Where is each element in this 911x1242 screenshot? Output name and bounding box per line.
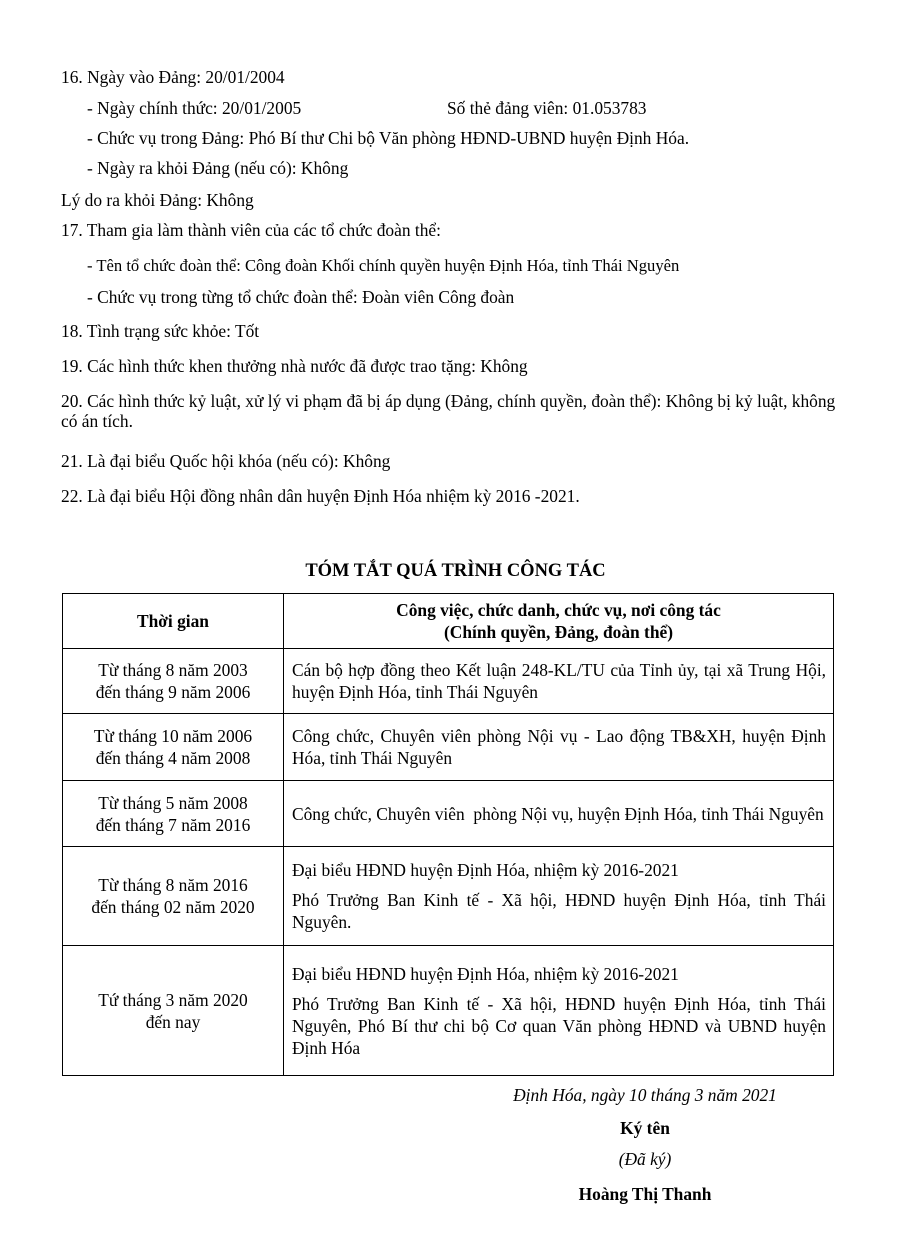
party-leave-date: - Ngày ra khỏi Đảng (nếu có): Không (87, 158, 348, 178)
header-description-line1: Công việc, chức danh, chức vụ, nơi công … (290, 599, 827, 621)
row-description: Đại biểu HĐND huyện Định Hóa, nhiệm kỳ 2… (284, 946, 834, 1076)
time-from: Từ tháng 5 năm 2008 (67, 792, 279, 814)
row-description: Công chức, Chuyên viên phòng Nội vụ, huy… (284, 781, 834, 847)
time-to: đến nay (67, 1011, 279, 1033)
time-to: đến tháng 9 năm 2006 (67, 681, 279, 703)
row-time: Từ tháng 8 năm 2016 đến tháng 02 năm 202… (63, 847, 284, 946)
description-text: Đại biểu HĐND huyện Định Hóa, nhiệm kỳ 2… (292, 963, 826, 985)
time-from: Từ tháng 8 năm 2016 (67, 874, 279, 896)
table-header-row: Thời gian Công việc, chức danh, chức vụ,… (63, 594, 834, 649)
description-text: Cán bộ hợp đồng theo Kết luận 248-KL/TU … (292, 659, 826, 703)
row-description: Cán bộ hợp đồng theo Kết luận 248-KL/TU … (284, 649, 834, 714)
description-text: Đại biểu HĐND huyện Định Hóa, nhiệm kỳ 2… (292, 859, 826, 881)
national-assembly-delegate: 21. Là đại biểu Quốc hội khóa (nếu có): … (61, 451, 390, 471)
time-to: đến tháng 02 năm 2020 (67, 896, 279, 918)
signer-name: Hoàng Thị Thanh (440, 1184, 850, 1205)
organizations-heading: 17. Tham gia làm thành viên của các tổ c… (61, 220, 441, 240)
organization-position: - Chức vụ trong từng tổ chức đoàn thể: Đ… (87, 287, 514, 307)
time-from: Từ tháng 10 năm 2006 (67, 725, 279, 747)
row-description: Công chức, Chuyên viên phòng Nội vụ - La… (284, 714, 834, 781)
time-from: Tứ tháng 3 năm 2020 (67, 989, 279, 1011)
health-status: 18. Tình trạng sức khỏe: Tốt (61, 321, 259, 341)
row-time: Tứ tháng 3 năm 2020 đến nay (63, 946, 284, 1076)
table-row: Từ tháng 8 năm 2016 đến tháng 02 năm 202… (63, 847, 834, 946)
state-awards: 19. Các hình thức khen thưởng nhà nước đ… (61, 356, 528, 376)
time-to: đến tháng 7 năm 2016 (67, 814, 279, 836)
signature-label: Ký tên (440, 1118, 850, 1139)
description-text: Phó Trưởng Ban Kinh tế - Xã hội, HĐND hu… (292, 889, 826, 933)
party-join-date: 16. Ngày vào Đảng: 20/01/2004 (61, 67, 285, 87)
row-description: Đại biểu HĐND huyện Định Hóa, nhiệm kỳ 2… (284, 847, 834, 946)
description-text: Công chức, Chuyên viên phòng Nội vụ - La… (292, 725, 826, 769)
table-row: Tứ tháng 3 năm 2020 đến nay Đại biểu HĐN… (63, 946, 834, 1076)
row-time: Từ tháng 5 năm 2008 đến tháng 7 năm 2016 (63, 781, 284, 847)
header-description-line2: (Chính quyền, Đảng, đoàn thể) (290, 621, 827, 643)
description-text: Phó Trưởng Ban Kinh tế - Xã hội, HĐND hu… (292, 993, 826, 1059)
party-card-number: Số thẻ đảng viên: 01.053783 (447, 98, 647, 118)
work-history-table: Thời gian Công việc, chức danh, chức vụ,… (62, 593, 834, 1076)
row-time: Từ tháng 8 năm 2003 đến tháng 9 năm 2006 (63, 649, 284, 714)
party-official-date: - Ngày chính thức: 20/01/2005 (87, 98, 301, 118)
description-text: Công chức, Chuyên viên phòng Nội vụ, huy… (292, 803, 826, 825)
signature-status: (Đã ký) (440, 1149, 850, 1170)
party-position: - Chức vụ trong Đảng: Phó Bí thư Chi bộ … (87, 128, 689, 148)
table-row: Từ tháng 8 năm 2003 đến tháng 9 năm 2006… (63, 649, 834, 714)
row-time: Từ tháng 10 năm 2006 đến tháng 4 năm 200… (63, 714, 284, 781)
header-time: Thời gian (63, 594, 284, 649)
time-to: đến tháng 4 năm 2008 (67, 747, 279, 769)
table-row: Từ tháng 5 năm 2008 đến tháng 7 năm 2016… (63, 781, 834, 847)
council-delegate: 22. Là đại biểu Hội đồng nhân dân huyện … (61, 486, 580, 506)
header-description: Công việc, chức danh, chức vụ, nơi công … (284, 594, 834, 649)
time-from: Từ tháng 8 năm 2003 (67, 659, 279, 681)
work-summary-title: TÓM TẮT QUÁ TRÌNH CÔNG TÁC (0, 561, 911, 582)
party-leave-reason: Lý do ra khỏi Đảng: Không (61, 190, 254, 210)
disciplinary-record: 20. Các hình thức kỷ luật, xử lý vi phạm… (61, 391, 841, 431)
organization-name: - Tên tổ chức đoàn thể: Công đoàn Khối c… (87, 256, 679, 276)
table-row: Từ tháng 10 năm 2006 đến tháng 4 năm 200… (63, 714, 834, 781)
signature-place-date: Định Hóa, ngày 10 tháng 3 năm 2021 (440, 1085, 850, 1106)
